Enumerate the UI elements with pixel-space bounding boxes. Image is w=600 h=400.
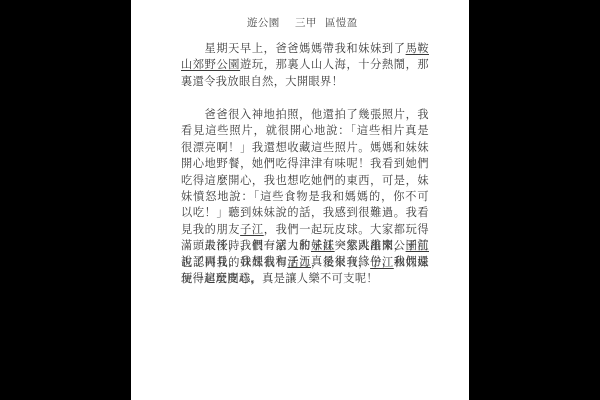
underlined-name: 子江 [240,223,264,236]
underlined-name: 子江 [311,239,335,252]
document-page: 遊公園 三甲 區愷盈 星期天早上，爸爸媽媽帶我和妹妹到了馬鞍山郊野公園遊玩，那裏… [131,0,469,400]
class-label: 三甲 [295,15,317,30]
text-segment: 爸爸很入神地拍照，他還拍了幾張照片，我看見這些照片，就很開心地說：「這些相片真是… [181,108,429,236]
paragraph-1: 星期天早上，爸爸媽媽帶我和妹妹到了馬鞍山郊野公園遊玩，那裏人山人海，十分熱鬧，那… [181,41,429,90]
title-row: 遊公園 三甲 區愷盈 [181,15,429,31]
text-segment: 最後，我們一家人和 [205,239,311,252]
author-name: 區愷盈 [325,15,358,30]
essay-title: 遊公園 [247,15,280,30]
paragraph-3: 最後，我們一家人和子江一家人離開公園前說了再見，我想我和子江真是很有緣份，我們還… [181,238,429,287]
text-segment: 星期天早上，爸爸媽媽帶我和妹妹到了 [205,42,406,55]
underlined-name: 子江 [287,255,311,268]
